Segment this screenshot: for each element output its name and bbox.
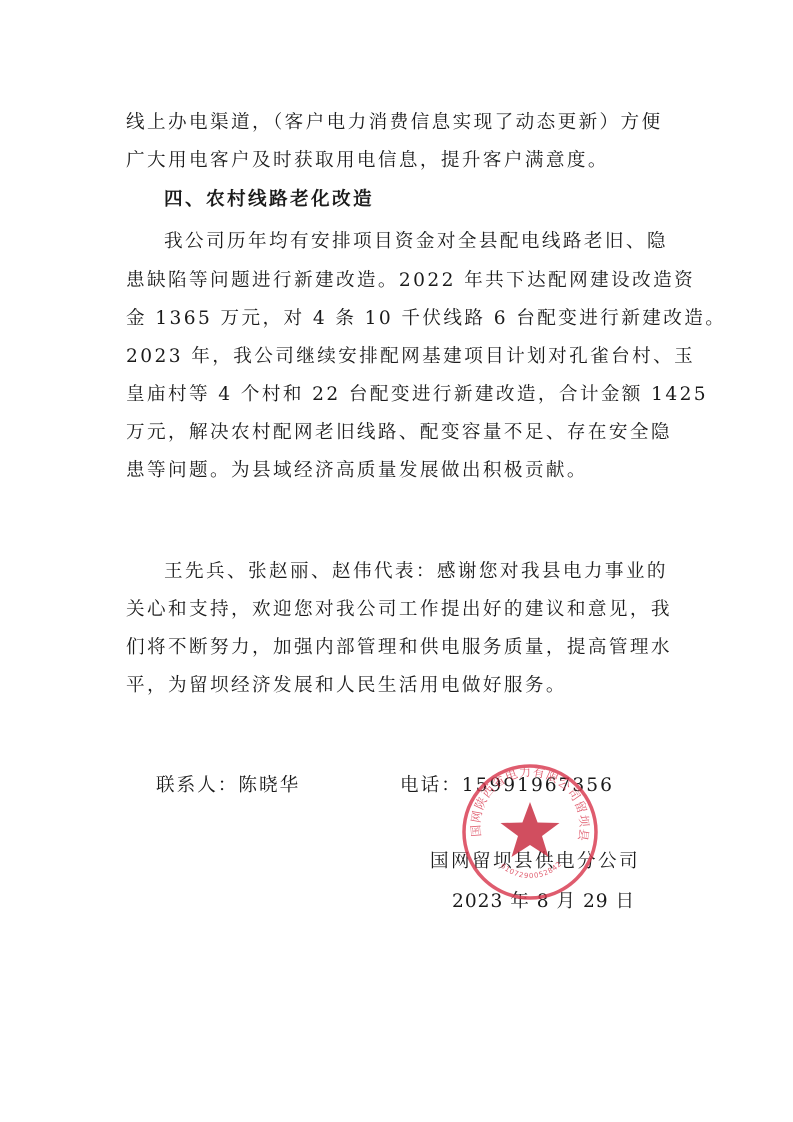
contact-person-label: 联系人： [156,775,238,796]
contact-phone-label: 电话： [400,775,462,796]
paragraph-line: 平，为留坝经济发展和人民生活用电做好服务。 [126,674,674,698]
paragraph-line: 万元，解决农村配网老旧线路、配变容量不足、存在安全隐 [126,421,674,445]
contact-phone-number: 15991967356 [462,775,614,796]
paragraph-line: 广大用电客户及时获取用电信息，提升客户满意度。 [126,149,674,173]
signature-organization: 国网留坝县供电分公司 [430,850,640,874]
paragraph-line: 皇庙村等 4 个村和 22 台配变进行新建改造，合计金额 1425 [126,383,674,407]
contact-phone: 电话：15991967356 [400,774,614,798]
section-heading: 四、农村线路老化改造 [164,188,374,212]
contact-person: 联系人：陈晓华 [156,774,300,798]
contact-person-name: 陈晓华 [238,775,300,796]
paragraph-line: 金 1365 万元，对 4 条 10 千伏线路 6 台配变进行新建改造。 [126,307,674,331]
paragraph-line: 线上办电渠道，（客户电力消费信息实现了动态更新）方便 [126,111,674,135]
paragraph-line: 我公司历年均有安排项目资金对全县配电线路老旧、隐 [164,230,674,254]
paragraph-line: 患缺陷等问题进行新建改造。2022 年共下达配网建设改造资 [126,269,674,293]
paragraph-line: 患等问题。为县域经济高质量发展做出积极贡献。 [126,459,674,483]
paragraph-line: 们将不断努力，加强内部管理和供电服务质量，提高管理水 [126,636,674,660]
signature-date: 2023 年 8 月 29 日 [452,890,635,914]
paragraph-line: 王先兵、张赵丽、赵伟代表：感谢您对我县电力事业的 [164,560,674,584]
paragraph-line: 2023 年，我公司继续安排配网基建项目计划对孔雀台村、玉 [126,345,674,369]
paragraph-line: 关心和支持，欢迎您对我公司工作提出好的建议和意见，我 [126,598,674,622]
document-page: 线上办电渠道，（客户电力消费信息实现了动态更新）方便 广大用电客户及时获取用电信… [0,0,793,1122]
